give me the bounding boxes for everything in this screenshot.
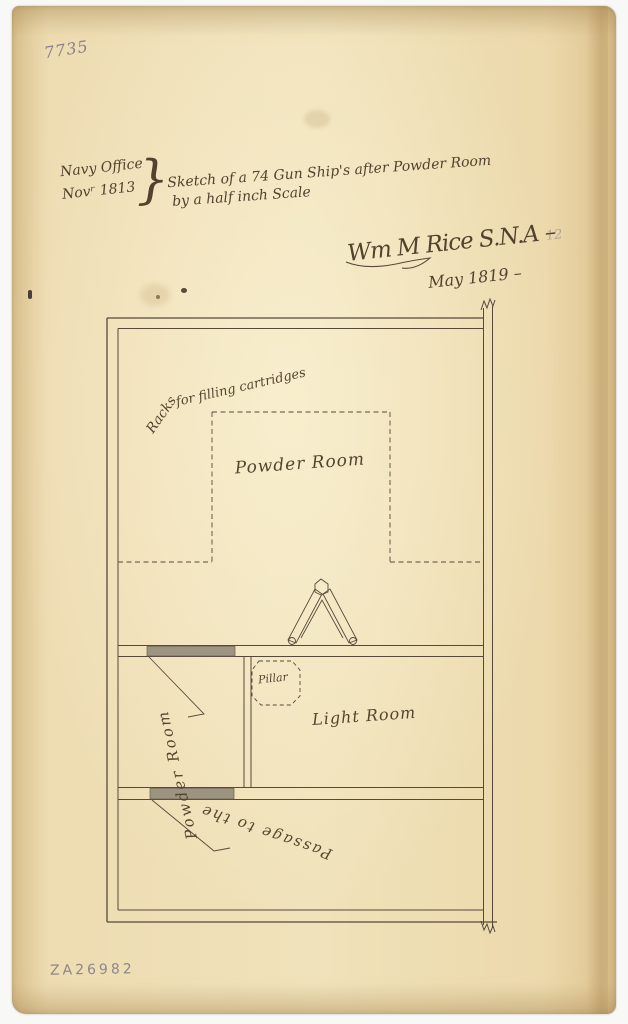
aframe-support bbox=[288, 579, 357, 645]
racks-label-rest: for filling cartridges bbox=[174, 365, 308, 410]
ship-side-planking bbox=[481, 299, 495, 933]
pillar-label: Pillar bbox=[256, 670, 289, 686]
powder-room-label: Powder Room bbox=[233, 449, 365, 478]
powder-room-plan-drawing: Racks for filling cartridges Powder Room… bbox=[0, 0, 628, 1024]
plan-labels: Racks for filling cartridges Powder Room… bbox=[143, 365, 417, 863]
bulkhead-lower-shaded-bar bbox=[150, 789, 234, 800]
plan-inner-border bbox=[118, 329, 483, 911]
bulkhead-upper bbox=[118, 646, 483, 657]
aframe-left-leg bbox=[288, 589, 322, 643]
bulkhead-upper-shaded-bar bbox=[147, 647, 235, 657]
racks-label-word1: Racks bbox=[143, 393, 180, 437]
door-swing-upper bbox=[149, 657, 204, 717]
passage-label-prefix: Passage to the bbox=[198, 801, 336, 863]
signature-flourish bbox=[346, 258, 430, 268]
passage-label-suffix: Powder Room bbox=[153, 708, 201, 842]
room-partition bbox=[244, 657, 251, 788]
powder-floor-dashed-outline bbox=[118, 412, 483, 562]
aframe-right-leg bbox=[323, 589, 357, 643]
light-room-label: Light Room bbox=[310, 703, 416, 729]
aframe-cap bbox=[315, 579, 328, 595]
